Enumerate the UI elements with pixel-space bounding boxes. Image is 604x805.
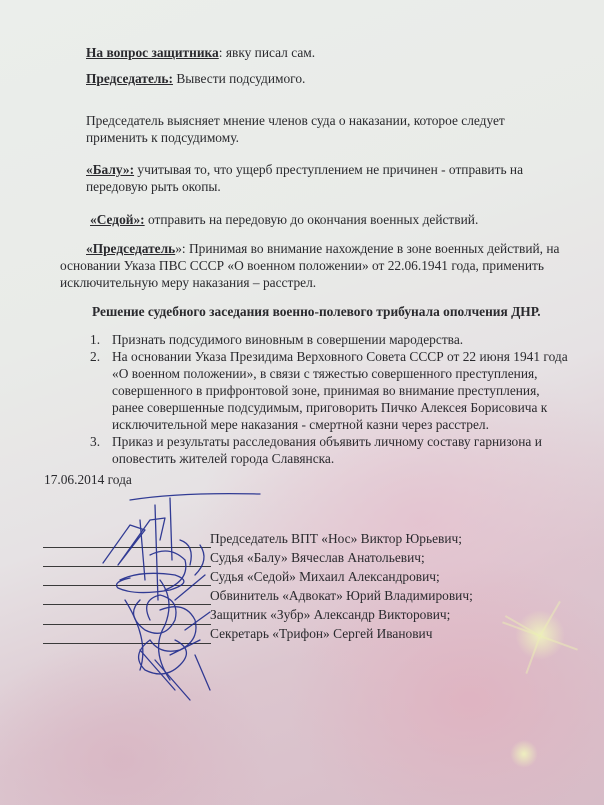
sparkle-decoration — [510, 740, 538, 768]
document-page: На вопрос защитника: явку писал сам. Пре… — [0, 0, 604, 805]
handwritten-signatures — [0, 0, 604, 805]
